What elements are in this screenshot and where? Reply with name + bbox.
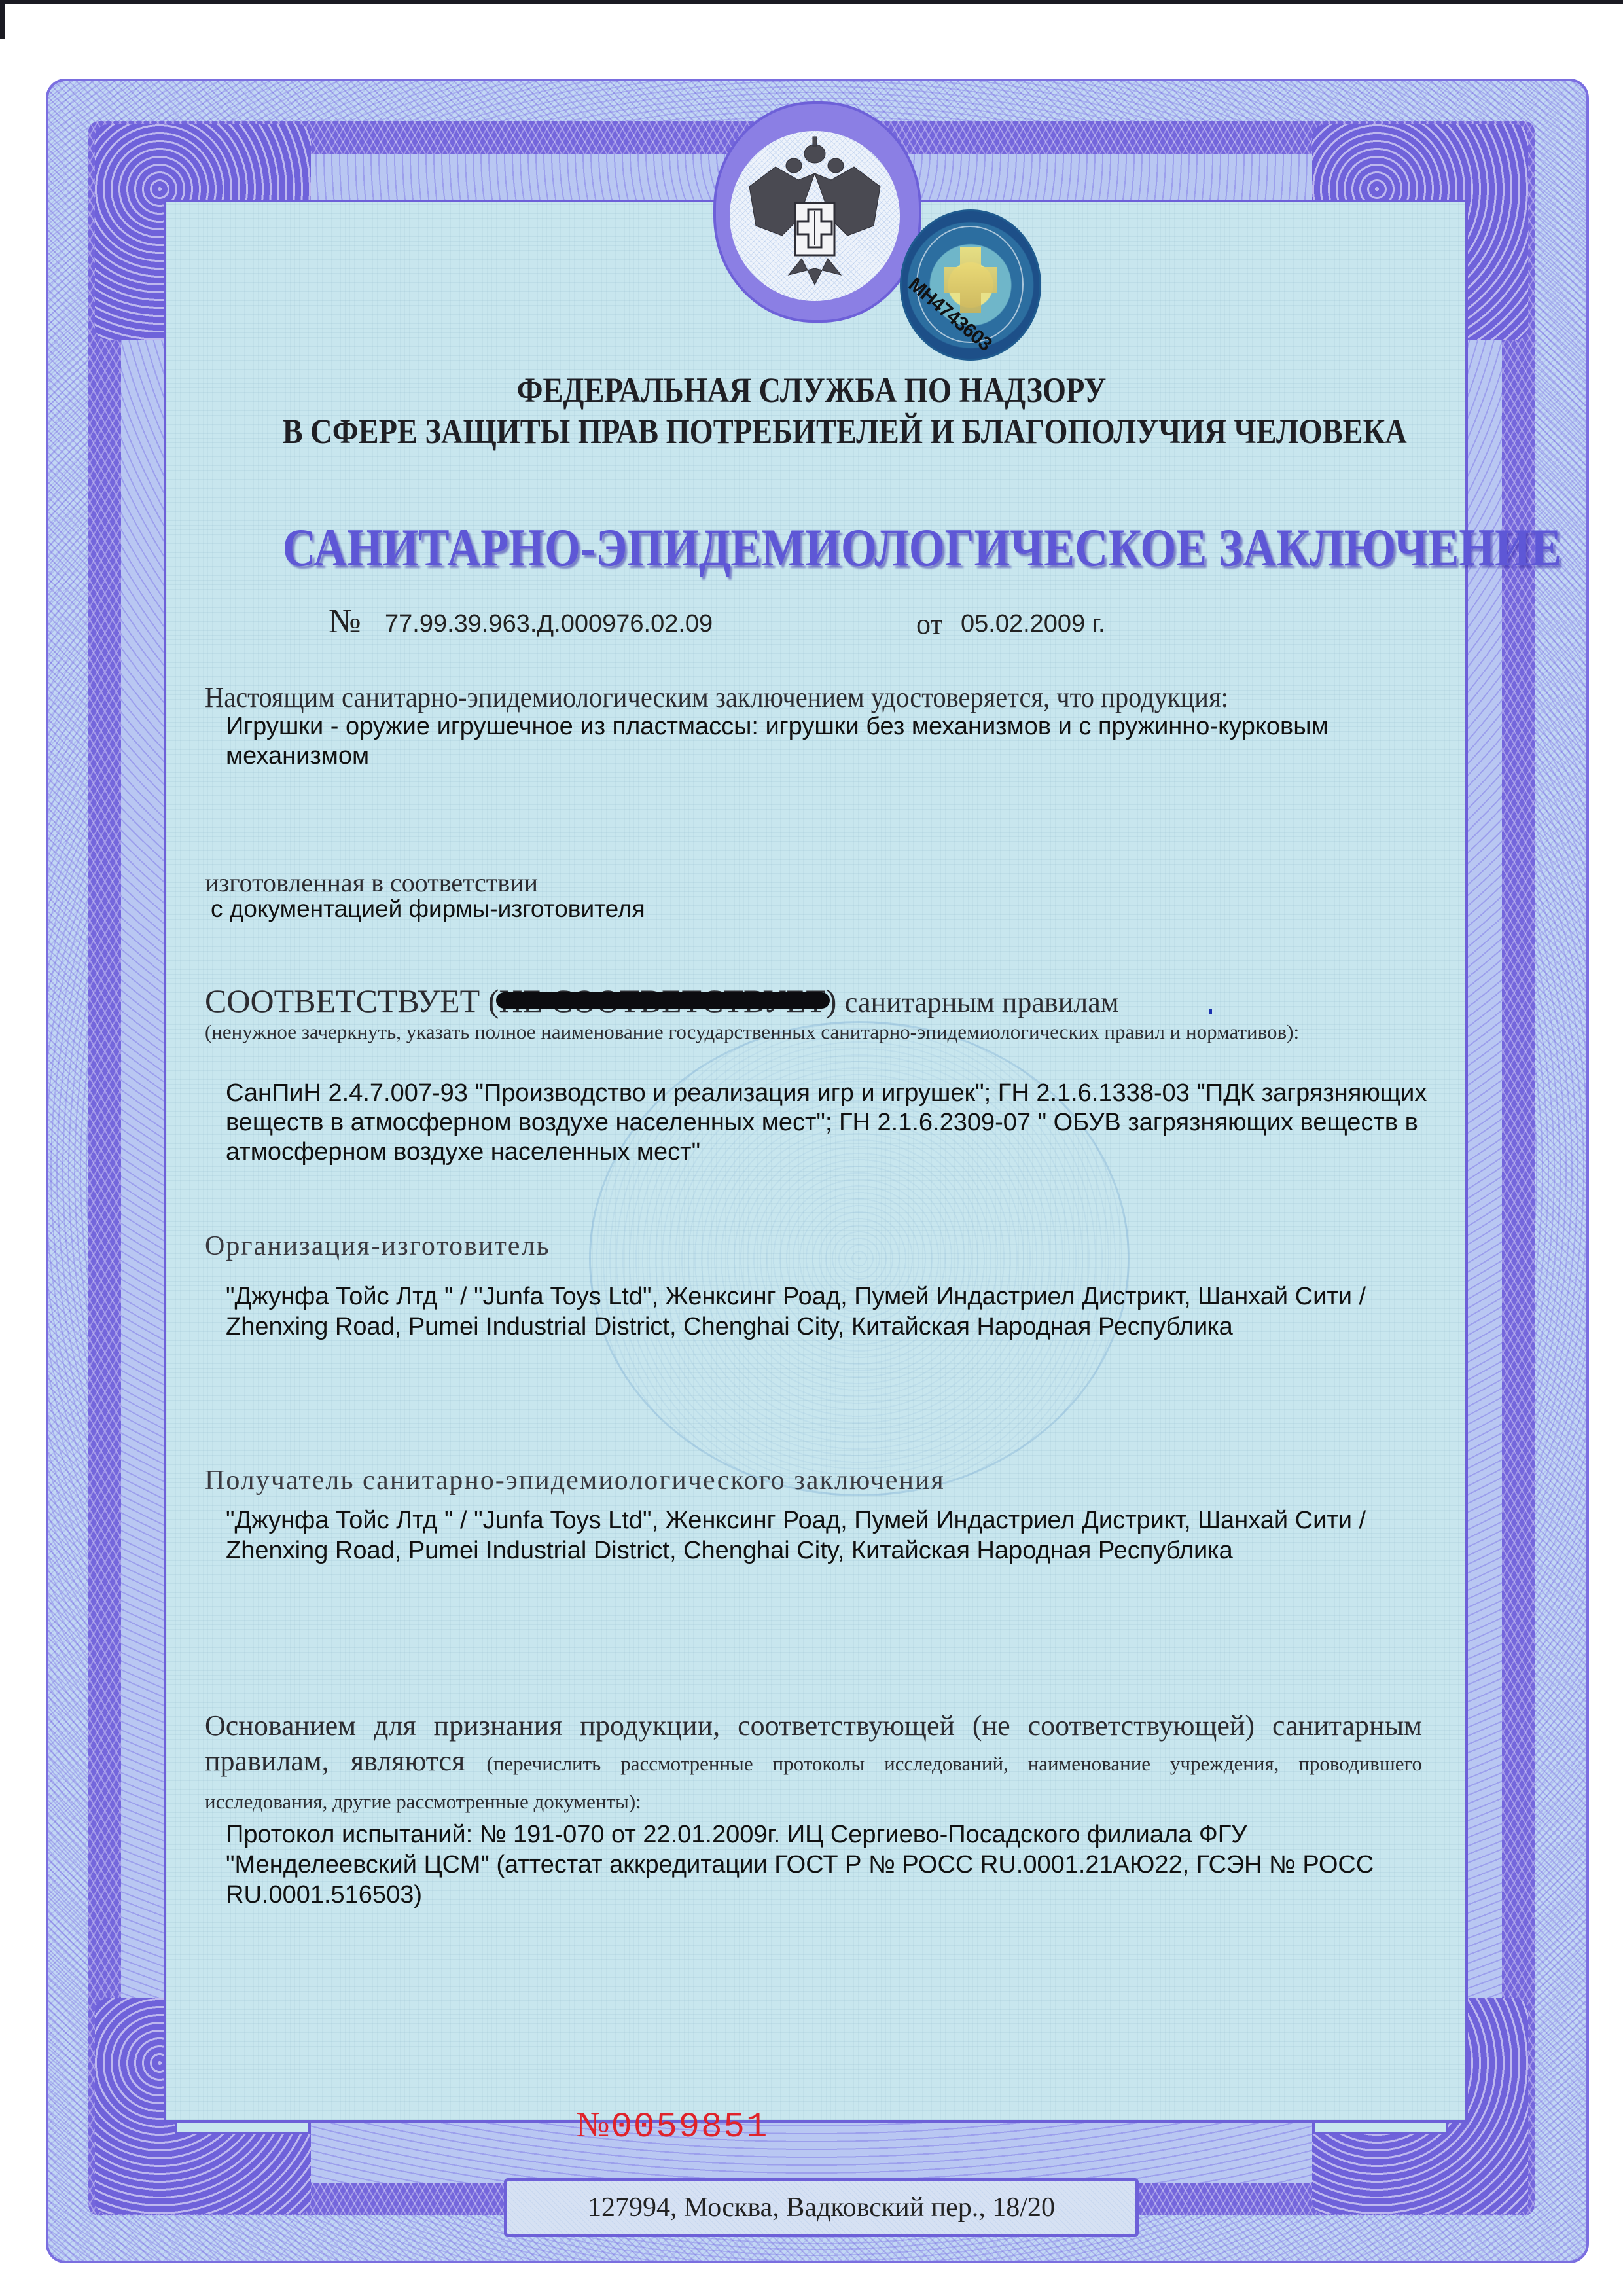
form-serial-number: №0059851 bbox=[576, 2104, 768, 2147]
compliance-statement: СООТВЕТСТВУЕТ (НЕ СООТВЕТСТВУЕТ) санитар… bbox=[205, 982, 1119, 1020]
document-title: САНИТАРНО-ЭПИДЕМИОЛОГИЧЕСКОЕ ЗАКЛЮЧЕНИЕ bbox=[283, 517, 1341, 579]
sanitary-norms: СанПиН 2.4.7.007-93 "Производство и реал… bbox=[226, 1079, 1436, 1167]
scan-edge-top bbox=[0, 0, 1623, 4]
hologram-seal-icon: МН4743603 bbox=[900, 209, 1041, 361]
document-date: 05.02.2009 г. bbox=[961, 610, 1105, 638]
recipient-label: Получатель санитарно-эпидемиологического… bbox=[205, 1465, 945, 1496]
complies-word: СООТВЕТСТВУЕТ bbox=[205, 982, 480, 1019]
product-intro: Настоящим санитарно-эпидемиологическим з… bbox=[205, 681, 1228, 714]
recipient-value: "Джунфа Тойс Лтд " / "Junfa Toys Ltd", Ж… bbox=[226, 1505, 1436, 1566]
compliance-note: (ненужное зачеркнуть, указать полное наи… bbox=[205, 1021, 1383, 1043]
agency-name-line1: ФЕДЕРАЛЬНАЯ СЛУЖБА ПО НАДЗОРУ bbox=[283, 370, 1341, 410]
double-headed-eagle-icon bbox=[736, 128, 893, 291]
serial-sign: № bbox=[576, 2105, 611, 2144]
rules-word: санитарным правилам bbox=[845, 986, 1119, 1018]
manufacturer-label: Организация-изготовитель bbox=[205, 1230, 550, 1262]
agency-name-line2: В СФЕРЕ ЗАЩИТЫ ПРАВ ПОТРЕБИТЕЛЕЙ И БЛАГО… bbox=[283, 411, 1341, 452]
agency-address: 127994, Москва, Вадковский пер., 18/20 bbox=[588, 2192, 1055, 2223]
manufactured-value: с документацией фирмы-изготовителя bbox=[211, 895, 645, 923]
address-cartouche: 127994, Москва, Вадковский пер., 18/20 bbox=[504, 2178, 1139, 2237]
number-sign: № bbox=[329, 602, 361, 641]
basis-protocol: Протокол испытаний: № 191-070 от 22.01.2… bbox=[226, 1820, 1430, 1910]
ink-mark bbox=[1209, 1009, 1212, 1014]
scan-edge-left bbox=[0, 0, 5, 39]
serial-value: 0059851 bbox=[611, 2108, 769, 2147]
document-number: 77.99.39.963.Д.000976.02.09 bbox=[385, 610, 713, 638]
manufacturer-value: "Джунфа Тойс Лтд " / "Junfa Toys Ltd", Ж… bbox=[226, 1282, 1436, 1342]
product-description: Игрушки - оружие игрушечное из пластмасс… bbox=[226, 712, 1338, 771]
not-complies-struck: НЕ СООТВЕТСТВУЕТ bbox=[499, 982, 825, 1020]
manufactured-label: изготовленная в соответствии bbox=[205, 867, 538, 898]
date-label: от bbox=[916, 607, 943, 641]
basis-statement: Основанием для признания продукции, соот… bbox=[205, 1708, 1422, 1820]
